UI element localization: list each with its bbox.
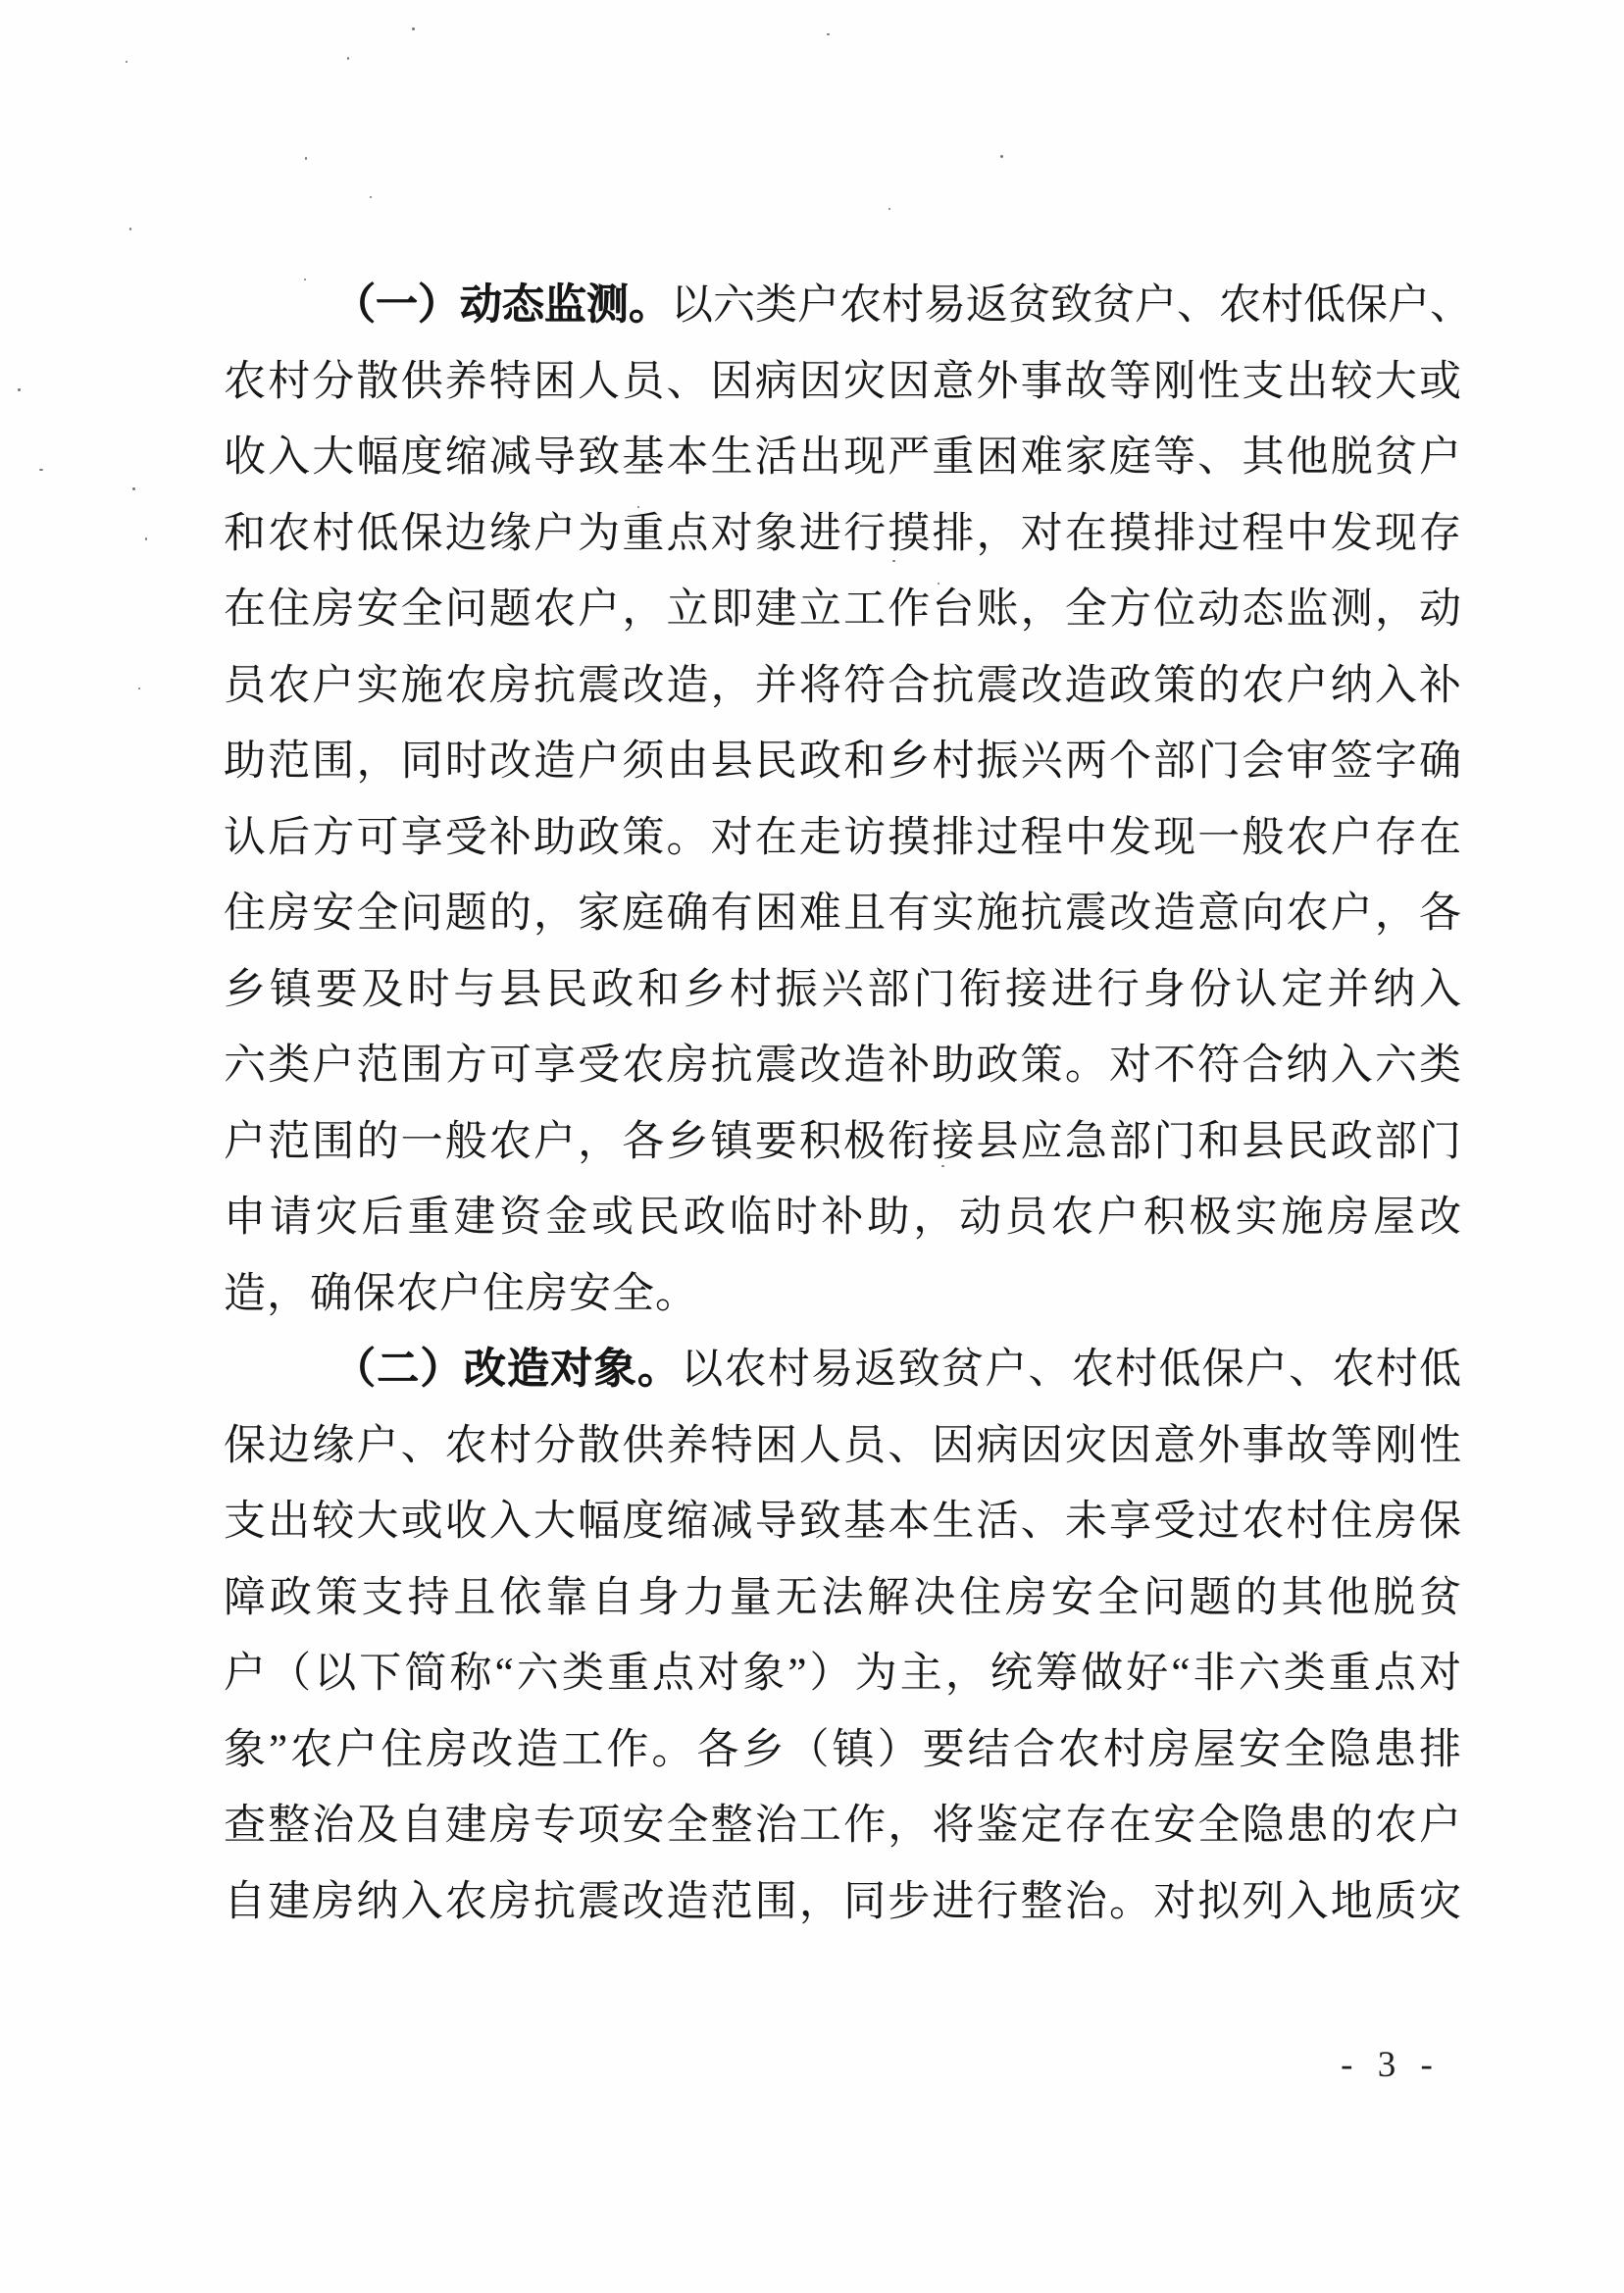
text-line: 申请灾后重建资金或民政临时补助，动员农户积极实施房屋改 xyxy=(224,1180,1461,1256)
scan-speckle xyxy=(304,279,306,280)
text-line: 员农户实施农房抗震改造，并将符合抗震改造政策的农户纳入补 xyxy=(224,648,1461,725)
scan-speckle xyxy=(1000,155,1003,158)
scan-speckle xyxy=(637,506,639,508)
text-line: 六类户范围方可享受农房抗震改造补助政策。对不符合纳入六类 xyxy=(224,1028,1461,1104)
section-heading: （二）改造对象。 xyxy=(333,1347,681,1393)
scan-speckle xyxy=(305,157,307,160)
scan-speckle xyxy=(938,583,939,585)
scan-speckle xyxy=(132,487,135,490)
text-line: 造，确保农户住房安全。 xyxy=(224,1256,1461,1333)
document-body: （一）动态监测。以六类户农村易返贫致贫户、农村低保户、农村分散供养特困人员、因病… xyxy=(224,268,1461,1940)
text-line: 自建房纳入农房抗震改造范围，同步进行整治。对拟列入地质灾 xyxy=(224,1864,1461,1941)
page-number: - 3 - xyxy=(1332,2046,1449,2085)
scan-speckle xyxy=(145,537,147,540)
scan-speckle xyxy=(129,228,131,230)
text-line: 保边缘户、农村分散供养特困人员、因病因灾因意外事故等刚性 xyxy=(224,1408,1461,1485)
scan-speckle xyxy=(892,560,895,562)
text-line: 象”农户住房改造工作。各乡（镇）要结合农村房屋安全隐患排 xyxy=(224,1712,1461,1789)
text-line: 在住房安全问题农户，立即建立工作台账，全方位动态监测，动 xyxy=(224,572,1461,648)
scan-speckle xyxy=(941,1165,944,1167)
scan-speckle xyxy=(1066,697,1069,700)
scan-speckle xyxy=(888,208,890,210)
paragraph-2-first-line: （二）改造对象。以农村易返致贫户、农村低保户、农村低 xyxy=(224,1332,1461,1408)
text-line: 助范围，同时改造户须由县民政和乡村振兴两个部门会审签字确 xyxy=(224,724,1461,800)
scan-speckle xyxy=(126,61,127,63)
section-heading: （一）动态监测。 xyxy=(333,282,671,329)
scan-speckle xyxy=(827,33,830,35)
text-line: 户范围的一般农户，各乡镇要积极衔接县应急部门和县民政部门 xyxy=(224,1104,1461,1181)
text-line: 农村分散供养特困人员、因病因灾因意外事故等刚性支出较大或 xyxy=(224,344,1461,421)
text-line: 查整治及自建房专项安全整治工作，将鉴定存在安全隐患的农户 xyxy=(224,1788,1461,1864)
text-line: 户（以下简称“六类重点对象”）为主，统筹做好“非六类重点对 xyxy=(224,1636,1461,1712)
document-page: （一）动态监测。以六类户农村易返贫致贫户、农村低保户、农村分散供养特困人员、因病… xyxy=(0,0,1624,2293)
scan-speckle xyxy=(39,469,43,471)
paragraph-1-first-line: （一）动态监测。以六类户农村易返贫致贫户、农村低保户、 xyxy=(224,268,1461,344)
text-line: 支出较大或收入大幅度缩减导致基本生活、未享受过农村住房保 xyxy=(224,1484,1461,1560)
scan-speckle xyxy=(18,388,21,391)
scan-speckle xyxy=(412,27,415,30)
text-line: 和农村低保边缘户为重点对象进行摸排，对在摸排过程中发现存 xyxy=(224,496,1461,573)
text-line: 障政策支持且依靠自身力量无法解决住房安全问题的其他脱贫 xyxy=(224,1560,1461,1637)
text-line: 认后方可享受补助政策。对在走访摸排过程中发现一般农户存在 xyxy=(224,800,1461,877)
text-line: 住房安全问题的，家庭确有困难且有实施抗震改造意向农户，各 xyxy=(224,876,1461,952)
text-line: 收入大幅度缩减导致基本生活出现严重困难家庭等、其他脱贫户 xyxy=(224,420,1461,496)
scan-speckle xyxy=(138,688,140,689)
scan-speckle xyxy=(347,57,349,60)
text-line: 乡镇要及时与县民政和乡村振兴部门衔接进行身份认定并纳入 xyxy=(224,952,1461,1029)
scan-speckle xyxy=(370,196,372,198)
